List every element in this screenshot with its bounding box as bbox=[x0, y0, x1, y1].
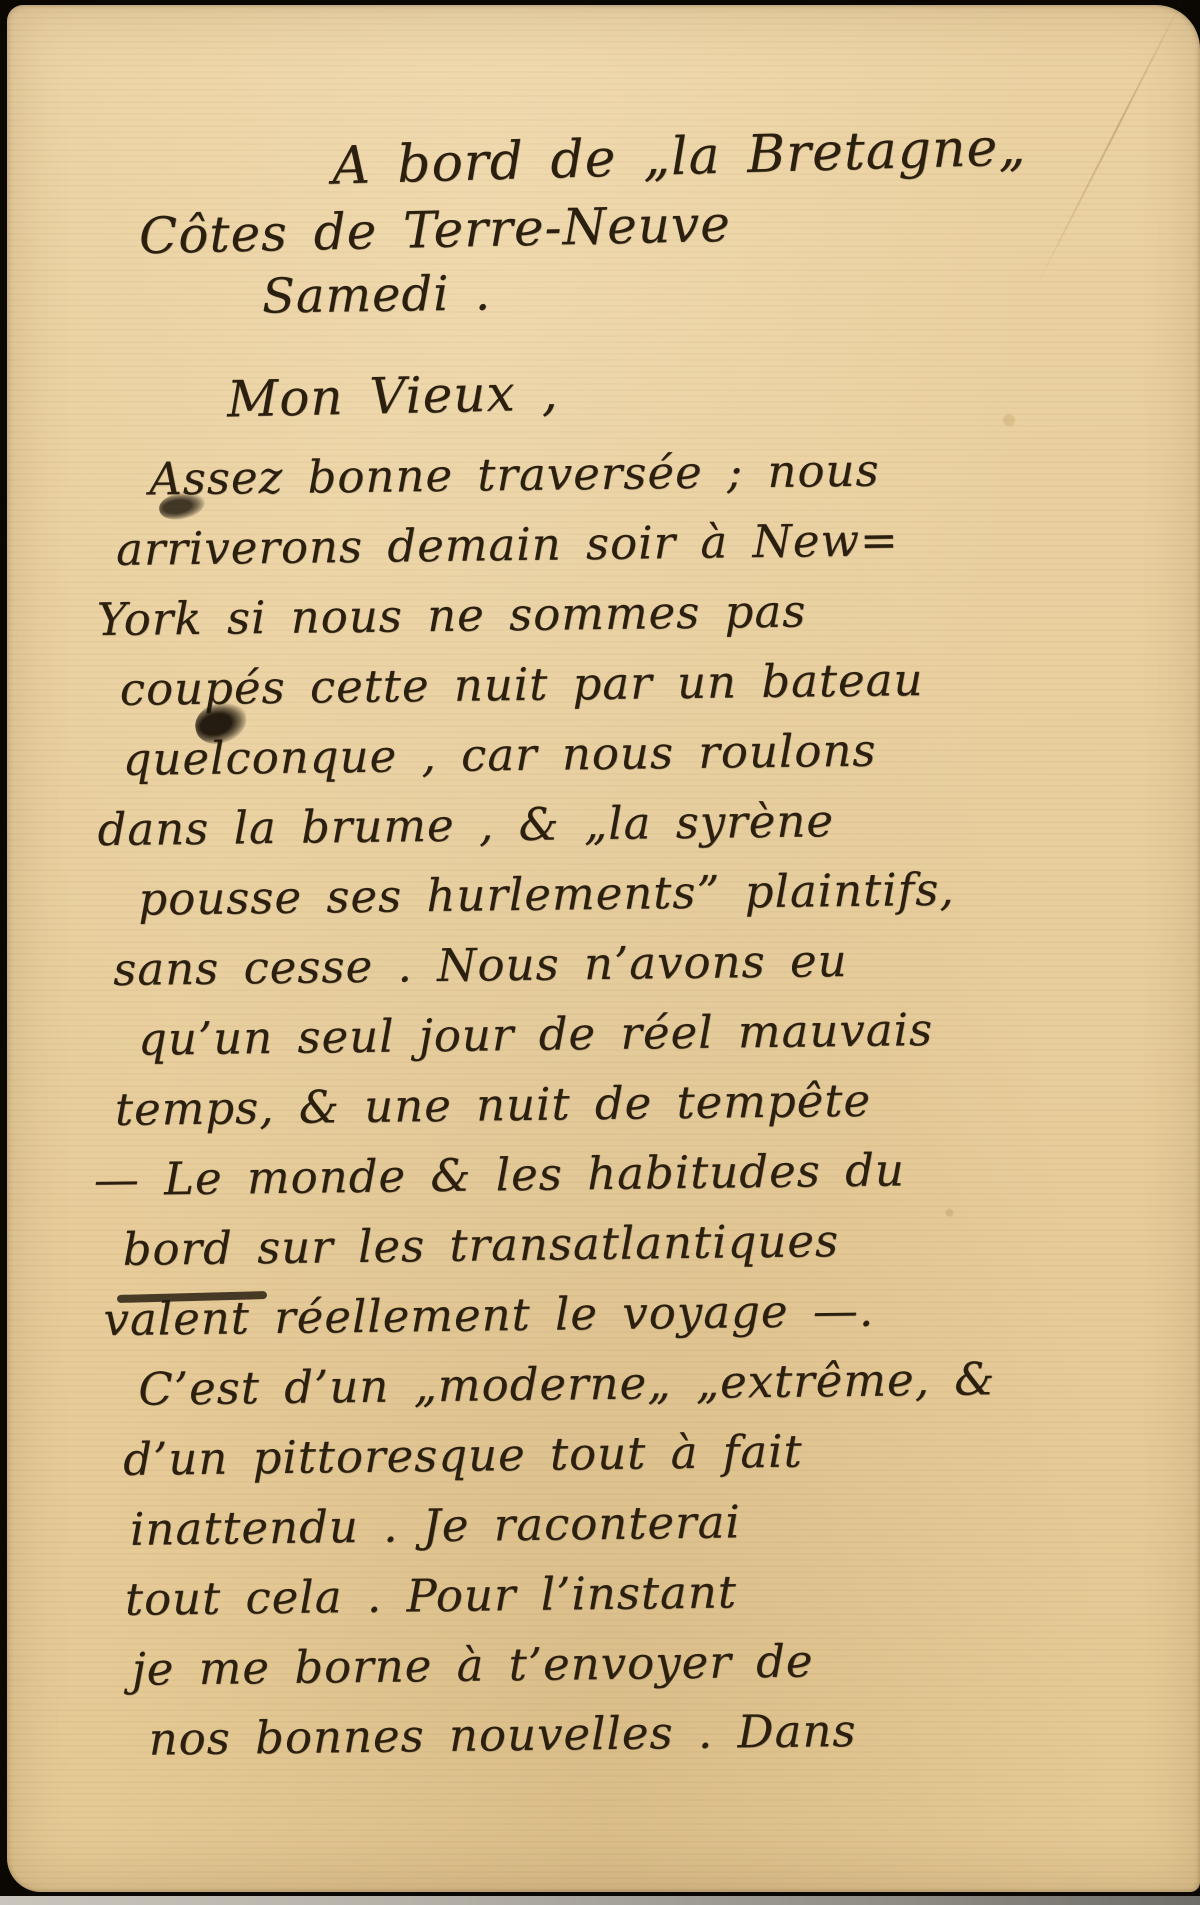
letter-salutation: Mon Vieux , bbox=[226, 364, 559, 429]
letter-line: coupés cette nuit par un bateau bbox=[119, 650, 1195, 733]
letter-body: Assez bonne traversée ; nous arriverons … bbox=[0, 440, 1200, 1784]
letter-line: Assez bonne traversée ; nous bbox=[149, 440, 1193, 523]
letter-paper: A bord de „la Bretagne„ Côtes de Terre-N… bbox=[7, 5, 1200, 1892]
scan-bottom-edge bbox=[0, 1896, 1200, 1905]
letter-line: d’un pittoresque tout à fait bbox=[123, 1420, 1200, 1503]
letter-heading-date: Samedi . bbox=[262, 265, 492, 324]
letter-line: temps, & une nuit de tempête bbox=[115, 1070, 1200, 1153]
letter-line: pousse ses hurlements” plaintifs, bbox=[138, 860, 1198, 943]
letter-line: valent réellement le voyage —. bbox=[103, 1280, 1200, 1363]
letter-line: sans cesse . Nous n’avons eu bbox=[113, 930, 1199, 1013]
letter-line: bord sur les transatlantiques bbox=[122, 1210, 1200, 1293]
letter-line: tout cela . Pour l’instant bbox=[125, 1560, 1200, 1643]
letter-line: nos bonnes nouvelles . Dans bbox=[148, 1700, 1200, 1783]
letter-line: arriverons demain soir à New= bbox=[116, 510, 1194, 593]
letter-line: dans la brume , & „la syrène bbox=[97, 790, 1197, 873]
letter-line: quelconque , car nous roulons bbox=[122, 720, 1196, 803]
letter-line: — Le monde & les habitudes du bbox=[93, 1140, 1200, 1224]
letter-line: je me borne à t’envoyer de bbox=[131, 1630, 1200, 1713]
letter-line: inattendu . Je raconterai bbox=[130, 1490, 1200, 1573]
paper-crease bbox=[1035, 0, 1187, 287]
letter-line: C’est d’un „moderne„ „extrême, & bbox=[138, 1350, 1200, 1433]
scanned-letter-page: A bord de „la Bretagne„ Côtes de Terre-N… bbox=[0, 0, 1200, 1905]
letter-heading-ship: A bord de „la Bretagne„ bbox=[331, 117, 1027, 196]
letter-line: York si nous ne sommes pas bbox=[97, 580, 1195, 663]
letter-line: qu’un seul jour de réel mauvais bbox=[138, 1000, 1200, 1083]
letter-heading-location: Côtes de Terre-Neuve bbox=[138, 195, 731, 265]
